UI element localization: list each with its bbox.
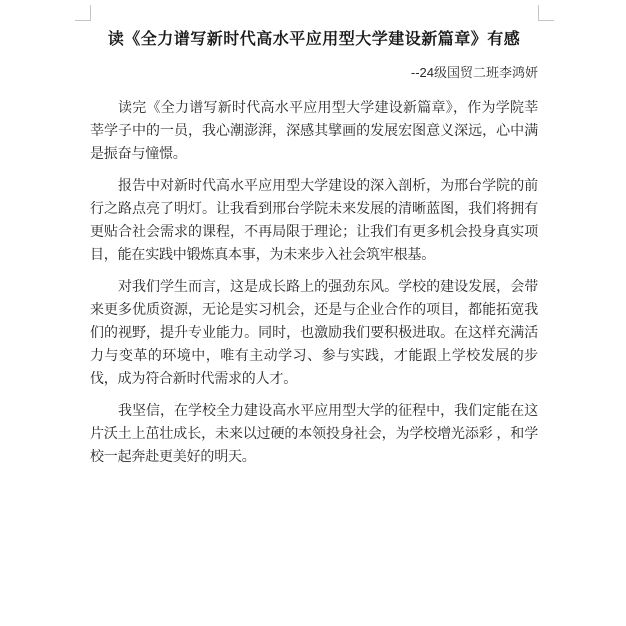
document-text-area: 读《全力谱写新时代高水平应用型大学建设新篇章》有感 --24级国贸二班李鸿妍 读…: [90, 21, 538, 468]
paragraph-3[interactable]: 对我们学生而言，这是成长路上的强劲东风。学校的建设发展，会带来更多优质资源，无论…: [90, 275, 538, 390]
paragraph-1[interactable]: 读完《全力谱写新时代高水平应用型大学建设新篇章》，作为学院莘莘学子中的一员，我心…: [90, 96, 538, 165]
margin-crop-mark-top-left-icon: [75, 5, 91, 21]
document-page: 读《全力谱写新时代高水平应用型大学建设新篇章》有感 --24级国贸二班李鸿妍 读…: [0, 0, 626, 626]
margin-crop-mark-top-right-icon: [538, 5, 554, 21]
author-byline[interactable]: --24级国贸二班李鸿妍: [90, 64, 538, 81]
paragraph-2[interactable]: 报告中对新时代高水平应用型大学建设的深入剖析，为邢台学院的前行之路点亮了明灯。让…: [90, 174, 538, 266]
document-body: 读完《全力谱写新时代高水平应用型大学建设新篇章》，作为学院莘莘学子中的一员，我心…: [90, 96, 538, 468]
document-title[interactable]: 读《全力谱写新时代高水平应用型大学建设新篇章》有感: [90, 29, 538, 51]
paragraph-4[interactable]: 我坚信，在学校全力建设高水平应用型大学的征程中，我们定能在这片沃土上茁壮成长，未…: [90, 399, 538, 468]
